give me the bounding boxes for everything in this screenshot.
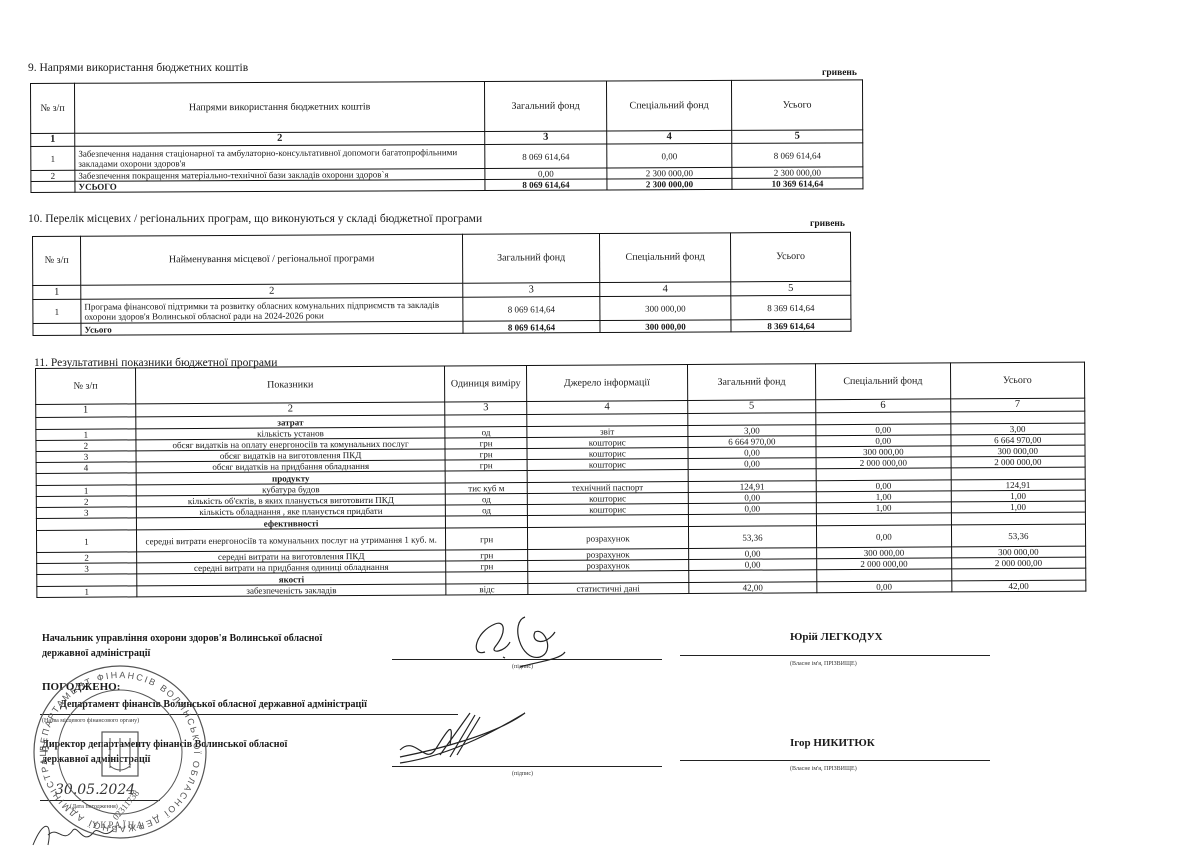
- col-number: 4: [600, 282, 731, 297]
- row-total: 2 300 000,00: [732, 167, 863, 179]
- indicator-name: забезпеченість закладів: [137, 584, 447, 597]
- head-title-line1: Начальник управління охорони здоров'я Во…: [42, 631, 322, 646]
- header-cell: Спеціальний фонд: [599, 233, 730, 283]
- head-title-line2: державної адміністрації: [42, 646, 322, 661]
- director-name-line: [680, 760, 990, 761]
- row-total: 8 069 614,64: [732, 143, 863, 168]
- row-number: 1: [36, 530, 136, 553]
- row-total: 300 000,00: [951, 546, 1086, 558]
- col-number: 3: [445, 401, 527, 414]
- empty-cell: [689, 570, 817, 583]
- section11-table: № з/п Показники Одиниця виміру Джерело і…: [35, 362, 1086, 598]
- general-fund: 42,00: [689, 582, 817, 594]
- empty-cell: [951, 467, 1086, 480]
- general-fund: 3,00: [688, 425, 816, 437]
- director-signature-line: [392, 766, 662, 767]
- empty-cell: [688, 469, 816, 482]
- indicator-name: середні витрати енергоносіїв та комуналь…: [136, 528, 446, 552]
- col-number: 3: [463, 283, 600, 298]
- col-number: 1: [36, 404, 136, 418]
- row-number: 3: [36, 507, 136, 519]
- empty-cell: [527, 414, 688, 427]
- empty-cell: [528, 571, 689, 584]
- empty-cell: [31, 181, 75, 192]
- header-cell: Усього: [731, 80, 862, 131]
- total-label: УСЬОГО: [75, 180, 485, 193]
- row-total: 6 664 970,00: [950, 434, 1085, 446]
- row-number: 2: [37, 552, 137, 564]
- general-fund: 0,00: [485, 168, 607, 180]
- special-fund: 300 000,00: [817, 547, 951, 559]
- row-total: 2 000 000,00: [951, 557, 1086, 569]
- special-fund: 0,00: [817, 581, 951, 593]
- row-number: 1: [33, 299, 81, 323]
- col-number: 1: [31, 133, 75, 146]
- empty-cell: [527, 470, 688, 483]
- section10-header-row: № з/п Найменування місцевої / регіональн…: [33, 232, 851, 285]
- col-number: 6: [816, 399, 950, 413]
- row-number: 3: [36, 451, 136, 463]
- special-fund: 0,00: [816, 424, 950, 436]
- row-number: 3: [37, 563, 137, 575]
- unit-of-measure: грн: [446, 527, 528, 549]
- section9-unit: гривень: [822, 68, 857, 78]
- general-fund: 0,00: [688, 492, 816, 504]
- director-name-caption: (Власне ім'я, ПРІЗВИЩЕ): [790, 766, 857, 772]
- general-fund: 124,91: [688, 481, 816, 493]
- total-special: 2 300 000,00: [607, 178, 732, 190]
- header-cell: № з/п: [33, 236, 81, 285]
- total-general: 8 069 614,64: [485, 179, 607, 191]
- empty-cell: [36, 518, 136, 531]
- row-number: 1: [36, 485, 136, 497]
- total-special: 300 000,00: [600, 320, 731, 333]
- row-number: 2: [36, 440, 136, 452]
- header-cell: Загальний фонд: [484, 81, 606, 132]
- col-number: 5: [687, 400, 815, 414]
- header-cell: Спеціальний фонд: [816, 363, 951, 400]
- section10-unit: гривень: [810, 219, 845, 229]
- empty-cell: [36, 417, 136, 430]
- special-fund: 300 000,00: [816, 446, 950, 458]
- empty-cell: [950, 411, 1085, 424]
- empty-cell: [37, 574, 137, 587]
- empty-cell: [816, 468, 950, 481]
- header-cell: Одиниця виміру: [445, 365, 527, 401]
- director-signature: [395, 705, 535, 765]
- header-cell: Показники: [135, 366, 445, 404]
- empty-cell: [527, 515, 688, 528]
- row-name: Програма фінансової підтримки та розвитк…: [81, 297, 463, 323]
- col-number: 4: [607, 130, 732, 144]
- col-number: 5: [731, 281, 851, 296]
- row-total: 1,00: [951, 501, 1086, 513]
- unit-of-measure: грн: [446, 560, 528, 571]
- empty-cell: [446, 515, 528, 527]
- empty-cell: [951, 512, 1086, 525]
- empty-cell: [445, 414, 527, 426]
- row-number: 2: [36, 496, 136, 508]
- general-fund: 8 069 614,64: [485, 144, 607, 169]
- row-number: 4: [36, 462, 136, 474]
- head-title: Начальник управління охорони здоров'я Во…: [42, 631, 322, 661]
- header-cell: № з/п: [36, 368, 136, 405]
- special-fund: 0,00: [816, 480, 950, 492]
- grand-total: 10 369 614,64: [732, 178, 863, 190]
- empty-cell: [446, 470, 528, 482]
- head-name-caption: (Власне ім'я, ПРІЗВИЩЕ): [790, 661, 857, 667]
- special-fund: 1,00: [816, 502, 950, 514]
- unit-of-measure: відс: [446, 583, 528, 594]
- col-number: 7: [950, 398, 1085, 412]
- header-cell: Найменування місцевої / регіональної про…: [81, 234, 463, 285]
- director-name: Ігор НИКИТЮК: [790, 737, 875, 749]
- unit-of-measure: од: [446, 493, 528, 504]
- section9-table: № з/п Напрями використання бюджетних кош…: [30, 79, 863, 193]
- empty-cell: [816, 412, 950, 425]
- empty-cell: [36, 473, 136, 486]
- section11-body: затрат1кількість установодзвіт3,000,003,…: [36, 411, 1086, 597]
- unit-of-measure: грн: [446, 549, 528, 560]
- unit-of-measure: грн: [445, 448, 527, 459]
- general-fund: 0,00: [688, 503, 816, 515]
- general-fund: 0,00: [688, 447, 816, 459]
- header-cell: Загальний фонд: [687, 364, 816, 401]
- empty-cell: [446, 571, 528, 583]
- section9-title: 9. Напрями використання бюджетних коштів: [28, 62, 248, 74]
- row-number: 2: [31, 170, 75, 181]
- special-fund: 2 300 000,00: [607, 167, 732, 179]
- col-number: 3: [485, 131, 607, 145]
- unit-of-measure: грн: [445, 459, 527, 470]
- info-source: розрахунок: [527, 527, 688, 550]
- header-cell: № з/п: [31, 83, 75, 133]
- empty-cell: [951, 568, 1086, 581]
- row-total: 300 000,00: [950, 445, 1085, 457]
- row-total: 42,00: [951, 580, 1086, 592]
- unit-of-measure: грн: [445, 437, 527, 448]
- grand-total: 8 369 614,64: [731, 319, 851, 332]
- row-name: Забезпечення надання стаціонарної та амб…: [75, 145, 485, 171]
- special-fund: 1,00: [816, 491, 950, 503]
- head-name-line: [680, 655, 990, 656]
- row-number: 1: [36, 429, 136, 441]
- unit-of-measure: од: [445, 426, 527, 437]
- row-total: 1,00: [951, 490, 1086, 502]
- header-cell: Загальний фонд: [462, 234, 599, 284]
- unit-of-measure: тис куб м: [446, 482, 528, 493]
- total-general: 8 069 614,64: [463, 321, 600, 334]
- empty-cell: [816, 513, 950, 526]
- head-name: Юрій ЛЕГКОДУХ: [790, 631, 883, 643]
- general-fund: 6 664 970,00: [688, 436, 816, 448]
- special-fund: 2 000 000,00: [816, 457, 950, 469]
- total-label: Усього: [81, 321, 463, 335]
- special-fund: 0,00: [607, 143, 732, 168]
- header-cell: Напрями використання бюджетних коштів: [75, 82, 485, 134]
- header-cell: Усього: [730, 232, 850, 282]
- col-number: 5: [732, 130, 863, 144]
- section10-title: 10. Перелік місцевих / регіональних прог…: [28, 213, 482, 225]
- col-number: 4: [527, 401, 688, 415]
- empty-cell: [33, 323, 81, 335]
- col-number: 1: [33, 285, 81, 299]
- initials-signature: [28, 815, 118, 850]
- general-fund: 8 069 614,64: [463, 297, 600, 322]
- row-total: 53,36: [951, 524, 1086, 547]
- info-source: статистичні дані: [528, 583, 689, 595]
- general-fund: 0,00: [688, 458, 816, 470]
- special-fund: 2 000 000,00: [817, 558, 951, 570]
- header-cell: Усього: [950, 362, 1085, 399]
- section10-table: № з/п Найменування місцевої / регіональн…: [32, 232, 852, 336]
- section9-header-row: № з/п Напрями використання бюджетних кош…: [31, 80, 863, 134]
- header-cell: Спеціальний фонд: [606, 80, 731, 131]
- special-fund: 0,00: [817, 525, 952, 548]
- director-signature-caption: (підпис): [512, 771, 533, 777]
- general-fund: 53,36: [688, 526, 816, 549]
- header-cell: Джерело інформації: [526, 365, 687, 402]
- row-number: 1: [31, 146, 75, 170]
- row-number: 1: [37, 586, 137, 598]
- unit-of-measure: од: [446, 504, 528, 515]
- general-fund: 0,00: [688, 559, 816, 571]
- empty-cell: [688, 413, 816, 426]
- row-total: 3,00: [950, 423, 1085, 435]
- head-signature: [465, 612, 575, 667]
- empty-cell: [688, 514, 816, 527]
- table-row: 1 Забезпечення надання стаціонарної та а…: [31, 143, 863, 171]
- special-fund: 300 000,00: [600, 296, 731, 321]
- row-total: 8 369 614,64: [731, 295, 851, 320]
- row-total: 2 000 000,00: [951, 456, 1086, 468]
- empty-cell: [817, 569, 951, 582]
- special-fund: 0,00: [816, 435, 950, 447]
- row-total: 124,91: [951, 479, 1086, 491]
- general-fund: 0,00: [688, 548, 816, 560]
